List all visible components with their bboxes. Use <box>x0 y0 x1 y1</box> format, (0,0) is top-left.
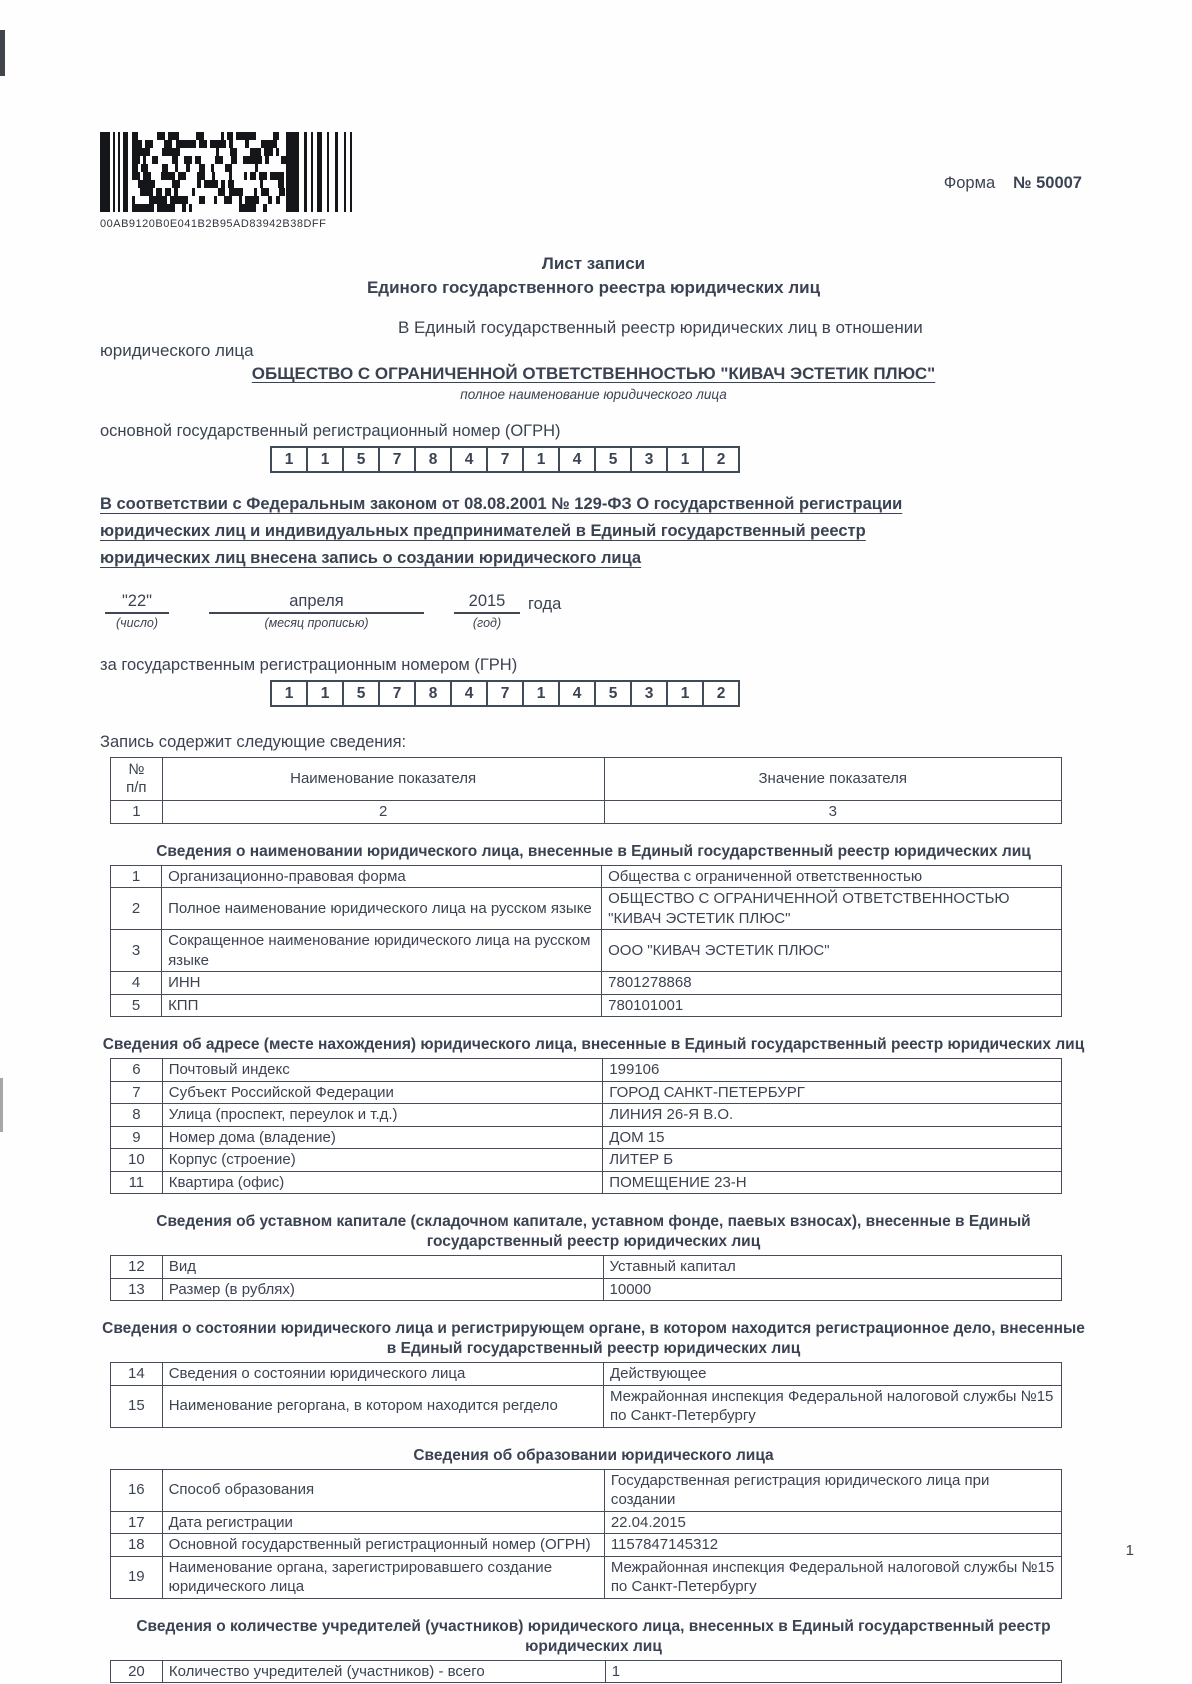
digit-cell: 1 <box>522 446 560 473</box>
row-number: 3 <box>111 930 162 972</box>
header-index-1: 1 <box>111 801 163 824</box>
row-name: ИНН <box>162 972 602 995</box>
row-name: Квартира (офис) <box>162 1171 603 1194</box>
table-row: 17Дата регистрации22.04.2015 <box>111 1511 1062 1534</box>
digit-cell: 8 <box>414 446 452 473</box>
date-year: 2015 <box>454 592 520 614</box>
row-number: 11 <box>111 1171 163 1194</box>
digit-cell: 5 <box>594 446 632 473</box>
section-table: 1Организационно-правовая формаОбщества с… <box>110 865 1062 1018</box>
record-lead: Запись содержит следующие сведения: <box>100 733 1087 752</box>
title-line-1: Лист записи <box>100 252 1087 276</box>
row-name: Сведения о состоянии юридического лица <box>162 1363 603 1386</box>
intro-paragraph: В Единый государственный реестр юридичес… <box>100 316 1035 362</box>
digit-cell: 2 <box>702 680 740 707</box>
ogrn-label: основной государственный регистрационный… <box>100 422 1087 441</box>
page-number: 1 <box>1126 1542 1134 1559</box>
row-number: 18 <box>111 1534 163 1557</box>
row-value: 22.04.2015 <box>604 1511 1061 1534</box>
day-caption: (число) <box>105 616 169 630</box>
table-row: 11Квартира (офис)ПОМЕЩЕНИЕ 23-Н <box>111 1171 1062 1194</box>
row-value: ПОМЕЩЕНИЕ 23-Н <box>603 1171 1062 1194</box>
table-row: 20Количество учредителей (участников) - … <box>111 1660 1062 1683</box>
table-row: 3Сокращенное наименование юридического л… <box>111 930 1062 972</box>
row-name: Вид <box>162 1256 603 1279</box>
table-row: 8Улица (проспект, переулок и т.д.)ЛИНИЯ … <box>111 1104 1062 1127</box>
section-title: Сведения о количестве учредителей (участ… <box>100 1617 1087 1657</box>
digit-cell: 1 <box>666 680 704 707</box>
digit-cell: 4 <box>450 680 488 707</box>
header-name: Наименование показателя <box>162 758 604 801</box>
form-label: Форма <box>944 174 995 192</box>
digit-cell: 5 <box>342 680 380 707</box>
row-name: Полное наименование юридического лица на… <box>162 888 602 930</box>
row-number: 7 <box>111 1081 163 1104</box>
header-num-line1: № <box>117 761 156 779</box>
digit-cell: 3 <box>630 680 668 707</box>
table-row: 4ИНН7801278868 <box>111 972 1062 995</box>
row-name: Номер дома (владение) <box>162 1126 603 1149</box>
digit-cell: 1 <box>270 446 308 473</box>
document-page: 00AB9120B0E041B2B95AD83942B38DFF Форма№ … <box>0 0 1192 1684</box>
form-number: Форма№ 50007 <box>944 174 1082 193</box>
row-number: 10 <box>111 1149 163 1172</box>
date-suffix: года <box>528 595 561 614</box>
record-header-table: № п/п Наименование показателя Значение п… <box>110 757 1062 824</box>
table-row: 13Размер (в рублях)10000 <box>111 1278 1062 1301</box>
year-caption: (год) <box>454 616 520 630</box>
table-row: 1 2 3 <box>111 801 1062 824</box>
digit-cell: 1 <box>306 446 344 473</box>
row-name: Почтовый индекс <box>162 1059 603 1082</box>
row-name: Количество учредителей (участников) - вс… <box>162 1660 605 1683</box>
row-number: 12 <box>111 1256 163 1279</box>
record-section: Сведения о состоянии юридического лица и… <box>100 1319 1087 1428</box>
digit-cell: 1 <box>306 680 344 707</box>
document-title: Лист записи Единого государственного рее… <box>100 252 1087 300</box>
digit-cell: 7 <box>378 446 416 473</box>
section-table: 20Количество учредителей (участников) - … <box>110 1660 1062 1684</box>
row-name: Корпус (строение) <box>162 1149 603 1172</box>
table-row: 7Субъект Российской ФедерацииГОРОД САНКТ… <box>111 1081 1062 1104</box>
digit-cell: 5 <box>342 446 380 473</box>
scan-edge-artifact <box>0 30 5 76</box>
table-row: 12ВидУставный капитал <box>111 1256 1062 1279</box>
row-name: Способ образования <box>162 1469 604 1511</box>
digit-cell: 1 <box>666 446 704 473</box>
title-line-2: Единого государственного реестра юридиче… <box>100 276 1087 300</box>
row-value: ЛИНИЯ 26-Я В.О. <box>603 1104 1062 1127</box>
digit-cell: 1 <box>270 680 308 707</box>
record-section: Сведения об уставном капитале (складочно… <box>100 1212 1087 1301</box>
row-number: 6 <box>111 1059 163 1082</box>
row-value: ДОМ 15 <box>603 1126 1062 1149</box>
record-section: Сведения об образовании юридического лиц… <box>100 1446 1087 1599</box>
row-value: Межрайонная инспекция Федеральной налого… <box>604 1556 1061 1598</box>
table-row: 10Корпус (строение)ЛИТЕР Б <box>111 1149 1062 1172</box>
grn-label: за государственным регистрационным номер… <box>100 656 1087 675</box>
header-index-3: 3 <box>604 801 1061 824</box>
table-row: 15Наименование регоргана, в котором нахо… <box>111 1385 1062 1427</box>
barcode-image <box>100 132 362 212</box>
row-value: 1157847145312 <box>604 1534 1061 1557</box>
digit-cell: 8 <box>414 680 452 707</box>
row-number: 13 <box>111 1278 163 1301</box>
barcode-block: 00AB9120B0E041B2B95AD83942B38DFF <box>100 132 380 230</box>
table-row: 5КПП780101001 <box>111 994 1062 1017</box>
company-name-caption: полное наименование юридического лица <box>100 387 1087 402</box>
registration-date: "22" апреля 2015 года <box>105 592 1087 614</box>
digit-cell: 7 <box>486 446 524 473</box>
row-name: Улица (проспект, переулок и т.д.) <box>162 1104 603 1127</box>
table-row: 2Полное наименование юридического лица н… <box>111 888 1062 930</box>
row-value: Уставный капитал <box>603 1256 1061 1279</box>
digit-cell: 2 <box>702 446 740 473</box>
row-number: 17 <box>111 1511 163 1534</box>
record-sections: Сведения о наименовании юридического лиц… <box>100 842 1087 1684</box>
row-value: 7801278868 <box>602 972 1062 995</box>
table-row: 16Способ образованияГосударственная реги… <box>111 1469 1062 1511</box>
row-value: Общества с ограниченной ответственностью <box>602 865 1062 888</box>
table-row: № п/п Наименование показателя Значение п… <box>111 758 1062 801</box>
row-value: Действующее <box>604 1363 1062 1386</box>
date-captions: (число) (месяц прописью) (год) <box>105 616 1087 630</box>
record-section: Сведения о наименовании юридического лиц… <box>100 842 1087 1018</box>
company-name: ОБЩЕСТВО С ОГРАНИЧЕННОЙ ОТВЕТСТВЕННОСТЬЮ… <box>100 364 1087 384</box>
grn-digit-boxes: 1157847145312 <box>270 680 1087 707</box>
row-value: 1 <box>605 1660 1061 1683</box>
row-name: КПП <box>162 994 602 1017</box>
digit-cell: 1 <box>522 680 560 707</box>
table-row: 1Организационно-правовая формаОбщества с… <box>111 865 1062 888</box>
row-value: ЛИТЕР Б <box>603 1149 1062 1172</box>
ogrn-digit-boxes: 1157847145312 <box>270 446 1087 473</box>
row-name: Основной государственный регистрационный… <box>162 1534 604 1557</box>
row-number: 2 <box>111 888 162 930</box>
section-title: Сведения об адресе (месте нахождения) юр… <box>100 1035 1087 1055</box>
section-table: 16Способ образованияГосударственная реги… <box>110 1469 1062 1599</box>
table-row: 14Сведения о состоянии юридического лица… <box>111 1363 1062 1386</box>
row-name: Наименование органа, зарегистрировавшего… <box>162 1556 604 1598</box>
row-number: 20 <box>111 1660 163 1683</box>
legal-statement: В соответствии с Федеральным законом от … <box>100 491 930 572</box>
header-num-line2: п/п <box>117 779 156 797</box>
section-title: Сведения о состоянии юридического лица и… <box>100 1319 1087 1359</box>
section-table: 14Сведения о состоянии юридического лица… <box>110 1362 1062 1428</box>
record-section: Сведения о количестве учредителей (участ… <box>100 1617 1087 1684</box>
row-value: 10000 <box>603 1278 1061 1301</box>
section-title: Сведения о наименовании юридического лиц… <box>100 842 1087 862</box>
row-name: Субъект Российской Федерации <box>162 1081 603 1104</box>
row-name: Дата регистрации <box>162 1511 604 1534</box>
header-index-2: 2 <box>162 801 604 824</box>
row-number: 9 <box>111 1126 163 1149</box>
section-table: 12ВидУставный капитал13Размер (в рублях)… <box>110 1255 1062 1301</box>
row-name: Сокращенное наименование юридического ли… <box>162 930 602 972</box>
document-header: 00AB9120B0E041B2B95AD83942B38DFF Форма№ … <box>100 0 1087 230</box>
header-value: Значение показателя <box>604 758 1061 801</box>
digit-cell: 3 <box>630 446 668 473</box>
row-value: ОБЩЕСТВО С ОГРАНИЧЕННОЙ ОТВЕТСТВЕННОСТЬЮ… <box>602 888 1062 930</box>
barcode-code: 00AB9120B0E041B2B95AD83942B38DFF <box>100 218 380 230</box>
row-name: Размер (в рублях) <box>162 1278 603 1301</box>
digit-cell: 7 <box>486 680 524 707</box>
table-row: 9Номер дома (владение)ДОМ 15 <box>111 1126 1062 1149</box>
row-number: 16 <box>111 1469 163 1511</box>
digit-cell: 5 <box>594 680 632 707</box>
form-number-value: № 50007 <box>1013 174 1082 192</box>
row-number: 15 <box>111 1385 163 1427</box>
table-row: 19Наименование органа, зарегистрировавше… <box>111 1556 1062 1598</box>
scan-edge-artifact <box>0 1078 3 1132</box>
digit-cell: 7 <box>378 680 416 707</box>
row-number: 1 <box>111 865 162 888</box>
row-number: 5 <box>111 994 162 1017</box>
section-title: Сведения об уставном капитале (складочно… <box>100 1212 1087 1252</box>
row-value: ООО "КИВАЧ ЭСТЕТИК ПЛЮС" <box>602 930 1062 972</box>
table-row: 6Почтовый индекс199106 <box>111 1059 1062 1082</box>
record-section: Сведения об адресе (месте нахождения) юр… <box>100 1035 1087 1194</box>
digit-cell: 4 <box>558 680 596 707</box>
date-day: "22" <box>105 592 169 614</box>
header-num: № п/п <box>111 758 163 801</box>
month-caption: (месяц прописью) <box>209 616 424 630</box>
row-number: 19 <box>111 1556 163 1598</box>
digit-cell: 4 <box>450 446 488 473</box>
row-value: 780101001 <box>602 994 1062 1017</box>
section-table: 6Почтовый индекс1991067Субъект Российско… <box>110 1058 1062 1194</box>
row-number: 4 <box>111 972 162 995</box>
digit-cell: 4 <box>558 446 596 473</box>
row-name: Организационно-правовая форма <box>162 865 602 888</box>
row-number: 8 <box>111 1104 163 1127</box>
row-value: Межрайонная инспекция Федеральной налого… <box>604 1385 1062 1427</box>
row-name: Наименование регоргана, в котором находи… <box>162 1385 603 1427</box>
row-value: 199106 <box>603 1059 1062 1082</box>
date-month: апреля <box>209 592 424 614</box>
row-value: Государственная регистрация юридического… <box>604 1469 1061 1511</box>
row-value: ГОРОД САНКТ-ПЕТЕРБУРГ <box>603 1081 1062 1104</box>
section-title: Сведения об образовании юридического лиц… <box>100 1446 1087 1466</box>
table-row: 18Основной государственный регистрационн… <box>111 1534 1062 1557</box>
row-number: 14 <box>111 1363 163 1386</box>
